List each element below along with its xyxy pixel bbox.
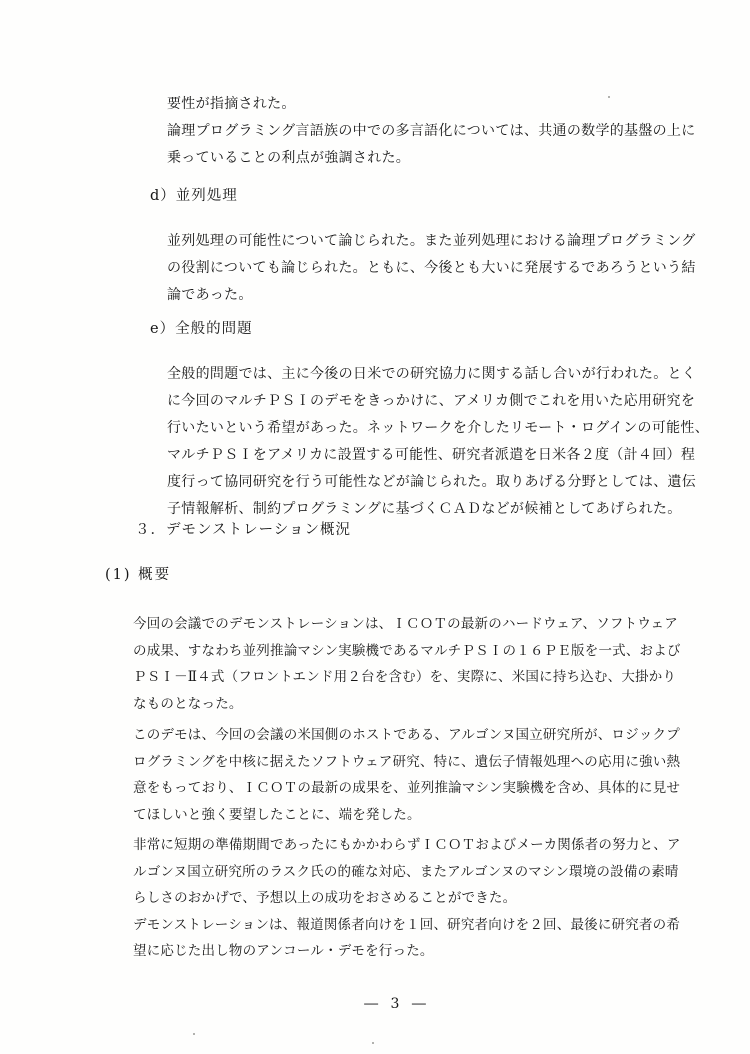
scan-speck — [193, 1033, 195, 1035]
item-d-paragraph: 並列処理の可能性について論じられた。また並列処理における論理プログラミング の役… — [167, 228, 696, 309]
item-e-paragraph: 全般的問題では、主に今後の日米での研究協力に関する話し合いが行われた。とく に今… — [167, 361, 709, 523]
item-d-heading: d）並列処理 — [150, 187, 238, 205]
text-line: 非常に短期の準備期間であったにもかかわらずＩＣＯＴおよびメーカ関係者の努力と、ア — [133, 832, 681, 859]
text-line: 望に応じた出し物のアンコール・デモを行った。 — [133, 938, 681, 965]
scan-speck — [608, 96, 610, 98]
overview-paragraph-1: 今回の会議でのデモンストレーションは、ＩＣＯＴの最新のハードウェア、ソフトウェア… — [133, 611, 681, 717]
section-3-heading: ３．デモンストレーション概況 — [135, 521, 351, 539]
text-line: の成果、すなわち並列推論マシン実験機であるマルチＰＳＩの１６ＰＥ版を一式、および — [133, 638, 681, 665]
text-line: に今回のマルチＰＳＩのデモをきっかけに、アメリカ側でこれを用いた応用研究を — [167, 388, 709, 415]
text-line: ルゴンヌ国立研究所のラスク氏の的確な対応、またアルゴンヌのマシン環境の設備の素晴 — [133, 859, 681, 886]
overview-paragraph-3: 非常に短期の準備期間であったにもかかわらずＩＣＯＴおよびメーカ関係者の努力と、ア… — [133, 832, 681, 965]
text-line: 並列処理の可能性について論じられた。また並列処理における論理プログラミング — [167, 228, 696, 255]
text-line: 度行って協同研究を行う可能性などが論じられた。取りあげる分野としては、遺伝 — [167, 469, 709, 496]
text-line: らしさのおかげで、予想以上の成功をおさめることができた。 — [133, 885, 681, 912]
text-line: 論理プログラミング言語族の中での多言語化については、共通の数学的基盤の上に — [167, 118, 696, 145]
text-line: 今回の会議でのデモンストレーションは、ＩＣＯＴの最新のハードウェア、ソフトウェア — [133, 611, 681, 638]
text-line: なものとなった。 — [133, 691, 681, 718]
text-line: ＰＳＩ－Ⅱ４式（フロントエンド用２台を含む）を、実際に、米国に持ち込む、大掛かり — [133, 664, 681, 691]
page-number: ― 3 ― — [22, 996, 750, 1012]
scanned-document-page: 要性が指摘された。 論理プログラミング言語族の中での多言語化については、共通の数… — [0, 0, 750, 1054]
text-line: 全般的問題では、主に今後の日米での研究協力に関する話し合いが行われた。とく — [167, 361, 709, 388]
text-line: このデモは、今回の会議の米国側のホストである、アルゴンヌ国立研究所が、ロジックプ — [133, 722, 680, 749]
text-line: ログラミングを中核に据えたソフトウェア研究、特に、遺伝子情報処理への応用に強い熱 — [133, 749, 680, 776]
item-e-heading: e）全般的問題 — [150, 320, 253, 338]
scan-speck — [372, 1042, 374, 1044]
text-line: 意をもっており、ＩＣＯＴの最新の成果を、並列推論マシン実験機を含め、具体的に見せ — [133, 775, 680, 802]
text-line: 子情報解析、制約プログラミングに基づくＣＡＤなどが候補としてあげられた。 — [167, 496, 709, 523]
continued-paragraph: 要性が指摘された。 論理プログラミング言語族の中での多言語化については、共通の数… — [167, 91, 696, 172]
text-line: 論であった。 — [167, 282, 696, 309]
text-line: 乗っていることの利点が強調された。 — [167, 145, 696, 172]
text-line: デモンストレーションは、報道関係者向けを１回、研究者向けを２回、最後に研究者の希 — [133, 912, 681, 939]
text-line: 行いたいという希望があった。ネットワークを介したリモート・ログインの可能性、 — [167, 415, 709, 442]
text-line: の役割についても論じられた。ともに、今後とも大いに発展するであろうという結 — [167, 255, 696, 282]
overview-paragraph-2: このデモは、今回の会議の米国側のホストである、アルゴンヌ国立研究所が、ロジックプ… — [133, 722, 680, 828]
text-line: 要性が指摘された。 — [167, 91, 696, 118]
text-line: てほしいと強く要望したことに、端を発した。 — [133, 802, 680, 829]
subsection-1-heading: (1) 概要 — [105, 566, 171, 584]
text-line: マルチＰＳＩをアメリカに設置する可能性、研究者派遣を日米各２度（計４回）程 — [167, 442, 709, 469]
